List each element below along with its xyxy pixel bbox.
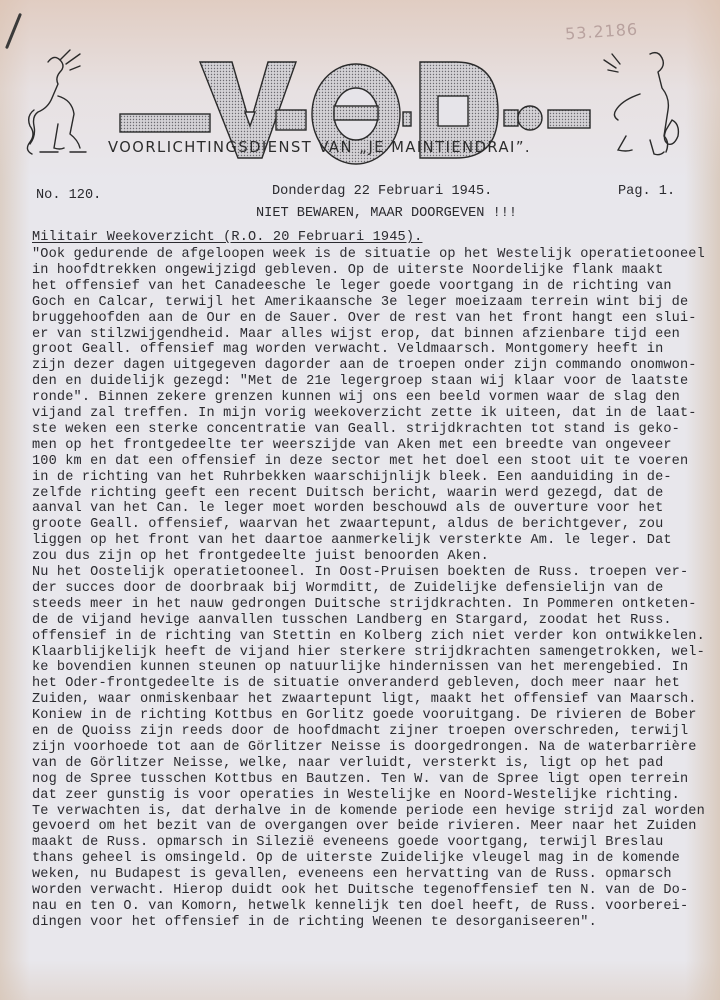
- article-line: in hoofdtrekken ongewijzigd gebleven. Op…: [32, 264, 663, 278]
- article-line: der succes door de doorbraak bij Wormdit…: [32, 582, 663, 596]
- article-line: Nu het Oostelijk operatietooneel. In Oos…: [32, 566, 688, 580]
- article-line: het Oder-frontgedeelte is de situatie on…: [32, 677, 680, 691]
- article-line: nog de Spree tusschen Kottbus en Bautzen…: [32, 773, 688, 787]
- issue-number: No. 120.: [36, 188, 101, 203]
- article-line: ronde". Binnen zekere grenzen kunnen wij…: [32, 391, 680, 405]
- article-line: zelfde richting geeft een recent Duitsch…: [32, 487, 663, 501]
- article-line: en de Quoiss zijn reeds door de hoofdmac…: [32, 725, 688, 739]
- article-line: steeds meer in het nauw gedrongen Duitsc…: [32, 598, 697, 612]
- masthead-subtitle: VOORLICHTINGSDIENST VAN „JE MAINTIENDRAI…: [108, 138, 531, 156]
- issue-date: Donderdag 22 Februari 1945.: [272, 184, 492, 199]
- article-line: 100 km en dat een offensief in deze sect…: [32, 455, 688, 469]
- article-line: de de vijand hevige aanvallen tusschen L…: [32, 614, 672, 628]
- article-line: den en duidelijk gezegd: "Met de 21e leg…: [32, 375, 688, 389]
- article-line: groote Geall. offensief, waarvan het zwa…: [32, 518, 663, 532]
- article-line: Koniew in de richting Kottbus en Gorlitz…: [32, 709, 697, 723]
- article-line: weken, nu Budapest is gevallen, eveneens…: [32, 868, 672, 882]
- article-line: bruggehoofden aan de Our en de Sauer. Ov…: [32, 312, 697, 326]
- article-line: groot Geall. offensief mag worden verwac…: [32, 343, 663, 357]
- lion-left-icon: [27, 50, 86, 154]
- article-line: dingen voor het offensief in de richting…: [32, 916, 597, 930]
- distribution-notice: NIET BEWAREN, MAAR DOORGEVEN !!!: [256, 206, 517, 221]
- article-line: thans geheel is omsingeld. Op de uiterst…: [32, 852, 680, 866]
- article-line: gevoerd om het bezit van de overgangen o…: [32, 820, 697, 834]
- article-title: Militair Weekoverzicht (R.O. 20 Februari…: [32, 231, 422, 245]
- article-line: Te verwachten is, dat derhalve in de kom…: [32, 805, 705, 819]
- article-line: "Ook gedurende de afgeloopen week is de …: [32, 248, 705, 262]
- article-line: ste weken een sterke concentratie van Ge…: [32, 423, 680, 437]
- article-line: zijn dezer dagen uitgegeven dagorder aan…: [32, 359, 697, 373]
- article-line: Zuiden, waar onmiskenbaar het zwaartepun…: [32, 693, 697, 707]
- article-line: worden verwacht. Hierop duidt ook het Du…: [32, 884, 688, 898]
- article-line: er van stilzwijgendheid. Maar alles wijs…: [32, 328, 680, 342]
- page-number: Pag. 1.: [618, 184, 675, 199]
- article-line: maakt de Russ. opmarsch in Silezië evene…: [32, 836, 663, 850]
- article-line: Klaarblijkelijk heeft de vijand hier ste…: [32, 646, 705, 660]
- article-line: aanval van het Can. le leger moet worden…: [32, 502, 663, 516]
- masthead: [0, 40, 720, 180]
- article-line: nau en ten O. van Komorn, hetwelk kennel…: [32, 900, 688, 914]
- article-line: ke bovendien kunnen steunen op natuurlij…: [32, 661, 688, 675]
- article-line: liggen op het front van het daartoe aanm…: [32, 534, 672, 548]
- article-line: van de Görlitzer Neisse, welke, naar ver…: [32, 757, 663, 771]
- article-line: offensief in de richting van Stettin en …: [32, 630, 705, 644]
- article-line: dat zeer gunstig is voor operaties in We…: [32, 789, 680, 803]
- article-line: vijand zal treffen. In mijn vorig weekov…: [32, 407, 697, 421]
- article-line: zou dus zijn op het frontgedeelte juist …: [32, 550, 489, 564]
- lion-right-icon: [604, 53, 678, 155]
- document-page: 53.2186: [0, 0, 720, 1000]
- article-line: men op het frontgedeelte ter weerszijde …: [32, 439, 672, 453]
- vod-logo-icon: [0, 40, 720, 180]
- article-line: in de richting van het Ruhrbekken waarsc…: [32, 471, 672, 485]
- article-line: Goch en Calcar, terwijl het Amerikaansch…: [32, 296, 688, 310]
- article-line: zijn voorhoede tot aan de Görlitzer Neis…: [32, 741, 697, 755]
- article-line: het offensief van het Canadeesche le leg…: [32, 280, 672, 294]
